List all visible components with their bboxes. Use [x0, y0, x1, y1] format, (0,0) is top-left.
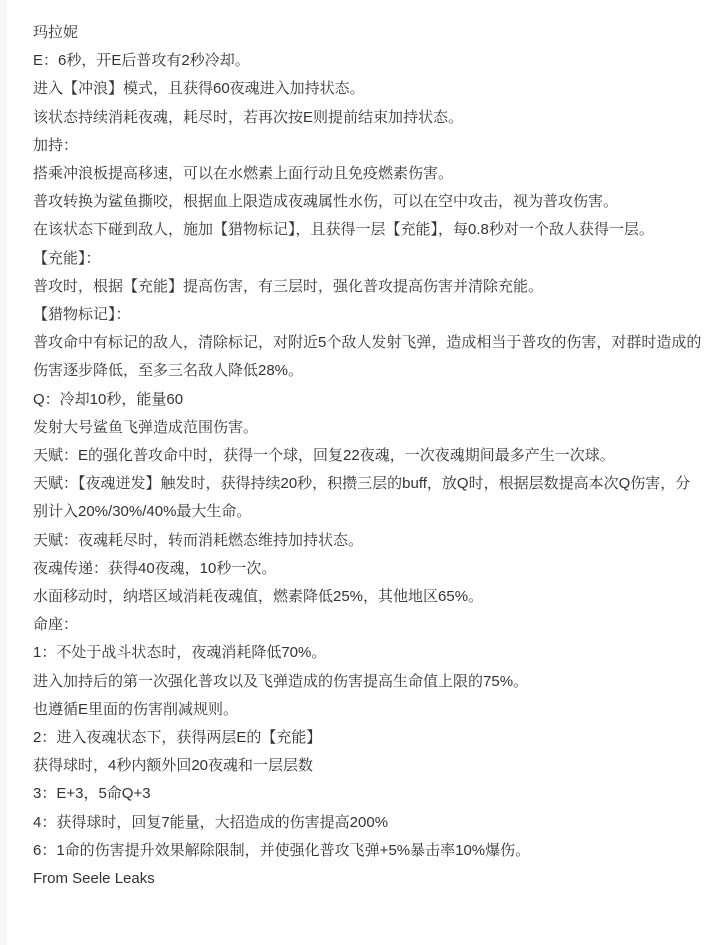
text-line-shark-bite: 普攻转换为鲨鱼撕咬，根据血上限造成夜魂属性水伤，可以在空中攻击，视为普攻伤害。	[33, 188, 703, 216]
post-body: 玛拉妮 E：6秒，开E后普攻有2秒冷却。 进入【冲浪】模式，且获得60夜魂进入加…	[33, 19, 703, 893]
section-heading-prey-mark: 【猎物标记】：	[33, 301, 703, 329]
source-credit: From Seele Leaks	[33, 865, 703, 893]
text-line-c6: 6：1命的伤害提升效果解除限制，并使强化普攻飞弹+5%暴击率10%爆伤。	[33, 837, 703, 865]
text-line-talent-depleted: 天赋：夜魂耗尽时，转而消耗燃态维持加持状态。	[33, 527, 703, 555]
text-line-c1-rule: 也遵循E里面的伤害削减规则。	[33, 696, 703, 724]
text-line-q-detail: 发射大号鲨鱼飞弹造成范围伤害。	[33, 414, 703, 442]
text-line-c4: 4：获得球时，回复7能量，大招造成的伤害提高200%	[33, 809, 703, 837]
text-line-c2: 2：进入夜魂状态下，获得两层E的【充能】	[33, 724, 703, 752]
text-line-c1-extra: 进入加持后的第一次强化普攻以及飞弹造成的伤害提高生命值上限的75%。	[33, 668, 703, 696]
text-line-c2-extra: 获得球时，4秒内额外回20夜魂和一层层数	[33, 752, 703, 780]
section-heading-constellation: 命座：	[33, 611, 703, 639]
text-line-e-cooldown: E：6秒，开E后普攻有2秒冷却。	[33, 47, 703, 75]
text-line-prey-mark-apply: 在该状态下碰到敌人，施加【猎物标记】，且获得一层【充能】，每0.8秒对一个敌人获…	[33, 216, 703, 244]
section-heading-charge: 【充能】：	[33, 245, 703, 273]
character-name: 玛拉妮	[33, 19, 703, 47]
text-line-water-movement: 水面移动时，纳塔区域消耗夜魂值，燃素降低25%，其他地区65%。	[33, 583, 703, 611]
text-line-state-consume: 该状态持续消耗夜魂，耗尽时，若再次按E则提前结束加持状态。	[33, 104, 703, 132]
text-line-nightsoul-transfer: 夜魂传递：获得40夜魂，10秒一次。	[33, 555, 703, 583]
text-line-surf-mode: 进入【冲浪】模式，且获得60夜魂进入加持状态。	[33, 75, 703, 103]
text-line-prey-mark-detail: 普攻命中有标记的敌人，清除标记，对附近5个敌人发射飞弹，造成相当于普攻的伤害，对…	[33, 329, 703, 385]
text-line-q-cooldown: Q：冷却10秒，能量60	[33, 386, 703, 414]
left-margin-strip	[0, 0, 7, 945]
text-line-talent-orb: 天赋：E的强化普攻命中时，获得一个球，回复22夜魂，一次夜魂期间最多产生一次球。	[33, 442, 703, 470]
text-line-charge-detail: 普攻时，根据【充能】提高伤害，有三层时，强化普攻提高伤害并清除充能。	[33, 273, 703, 301]
text-line-c3-c5: 3：E+3，5命Q+3	[33, 780, 703, 808]
text-line-surfboard: 搭乘冲浪板提高移速，可以在水燃素上面行动且免疫燃素伤害。	[33, 160, 703, 188]
text-line-talent-burst: 天赋：【夜魂迸发】触发时，获得持续20秒，积攒三层的buff，放Q时，根据层数提…	[33, 470, 703, 526]
section-heading-blessing: 加持：	[33, 132, 703, 160]
text-line-c1: 1：不处于战斗状态时，夜魂消耗降低70%。	[33, 639, 703, 667]
